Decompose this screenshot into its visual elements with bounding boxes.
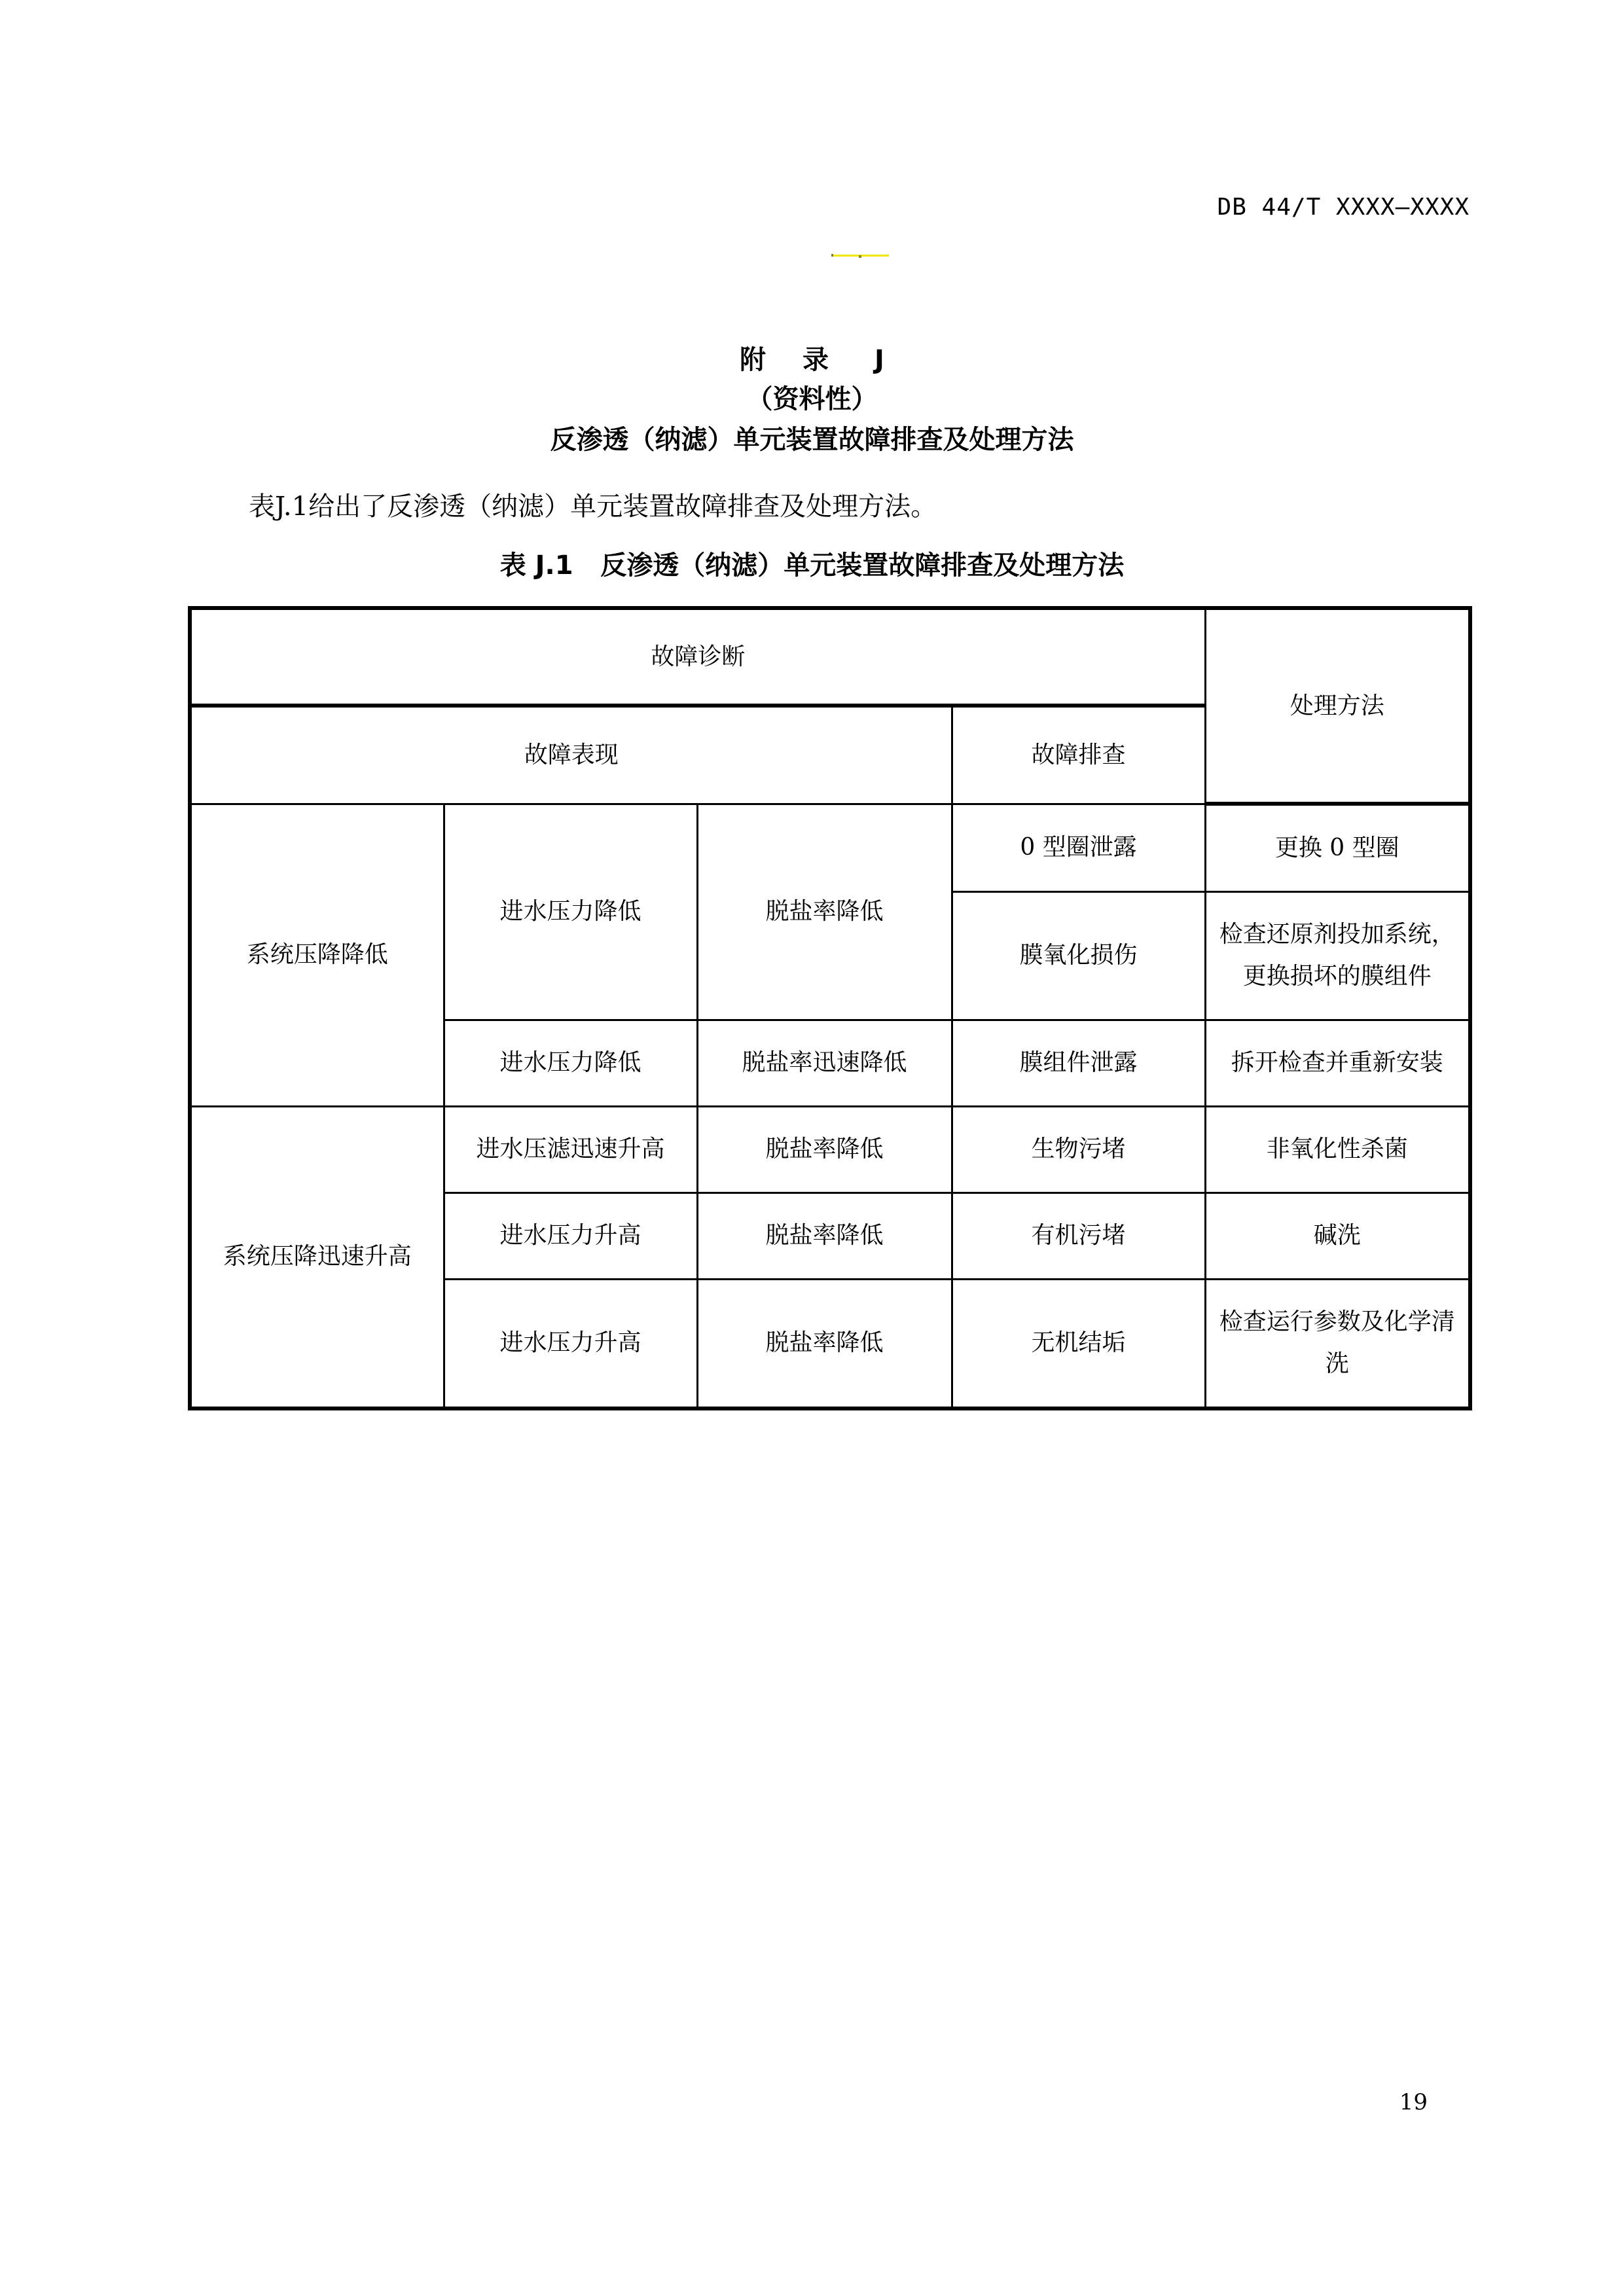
salt-cell: 脱盐率迅速降低	[697, 1020, 952, 1106]
appendix-title-part: 录	[803, 339, 829, 376]
page-number: 19	[1399, 2089, 1428, 2115]
method-cell: 非氧化性杀菌	[1205, 1106, 1470, 1193]
header-marker	[831, 255, 889, 257]
check-cell: 膜氧化损伤	[952, 891, 1205, 1020]
feed-cell: 进水压力降低	[444, 804, 697, 1020]
check-cell: 有机污堵	[952, 1193, 1205, 1279]
appendix-nature: （资料性）	[0, 378, 1624, 416]
intro-paragraph: 表J.1给出了反渗透（纳滤）单元装置故障排查及处理方法。	[249, 486, 937, 523]
appendix-title: 附录J	[0, 339, 1624, 376]
method-cell: 检查运行参数及化学清洗	[1205, 1279, 1470, 1408]
table-row: 系统压降降低 进水压力降低 脱盐率降低 0 型圈泄露 更换 0 型圈	[190, 804, 1470, 891]
header-diagnosis: 故障诊断	[190, 608, 1205, 706]
salt-cell: 脱盐率降低	[697, 1193, 952, 1279]
document-code: DB 44/T XXXX—XXXX	[1218, 194, 1470, 221]
header-check: 故障排查	[952, 706, 1205, 804]
method-cell: 检查还原剂投加系统，更换损坏的膜组件	[1205, 891, 1470, 1020]
method-cell: 更换 0 型圈	[1205, 804, 1470, 891]
table-row: 系统压降迅速升高 进水压滤迅速升高 脱盐率降低 生物污堵 非氧化性杀菌	[190, 1106, 1470, 1193]
salt-cell: 脱盐率降低	[697, 1106, 952, 1193]
check-cell: 生物污堵	[952, 1106, 1205, 1193]
check-cell: 膜组件泄露	[952, 1020, 1205, 1106]
feed-cell: 进水压力升高	[444, 1193, 697, 1279]
appendix-title-part: 附	[740, 339, 766, 376]
salt-cell: 脱盐率降低	[697, 1279, 952, 1408]
appendix-title-part: J	[875, 345, 884, 375]
check-cell: 无机结垢	[952, 1279, 1205, 1408]
header-symptom: 故障表现	[190, 706, 952, 804]
method-cell: 碱洗	[1205, 1193, 1470, 1279]
table-caption: 表 J.1 反渗透（纳滤）单元装置故障排查及处理方法	[0, 545, 1624, 582]
fault-table-container: 故障诊断 处理方法 故障表现 故障排查 系统压降降低 进水压力降低 脱盐率降低 …	[188, 606, 1472, 1410]
header-method: 处理方法	[1205, 608, 1470, 804]
salt-cell: 脱盐率降低	[697, 804, 952, 1020]
fault-table: 故障诊断 处理方法 故障表现 故障排查 系统压降降低 进水压力降低 脱盐率降低 …	[188, 606, 1472, 1410]
system-cell: 系统压降降低	[190, 804, 444, 1106]
method-cell: 拆开检查并重新安装	[1205, 1020, 1470, 1106]
feed-cell: 进水压力升高	[444, 1279, 697, 1408]
check-cell: 0 型圈泄露	[952, 804, 1205, 891]
feed-cell: 进水压力降低	[444, 1020, 697, 1106]
feed-cell: 进水压滤迅速升高	[444, 1106, 697, 1193]
appendix-heading: 反渗透（纳滤）单元装置故障排查及处理方法	[0, 419, 1624, 456]
system-cell: 系统压降迅速升高	[190, 1106, 444, 1408]
